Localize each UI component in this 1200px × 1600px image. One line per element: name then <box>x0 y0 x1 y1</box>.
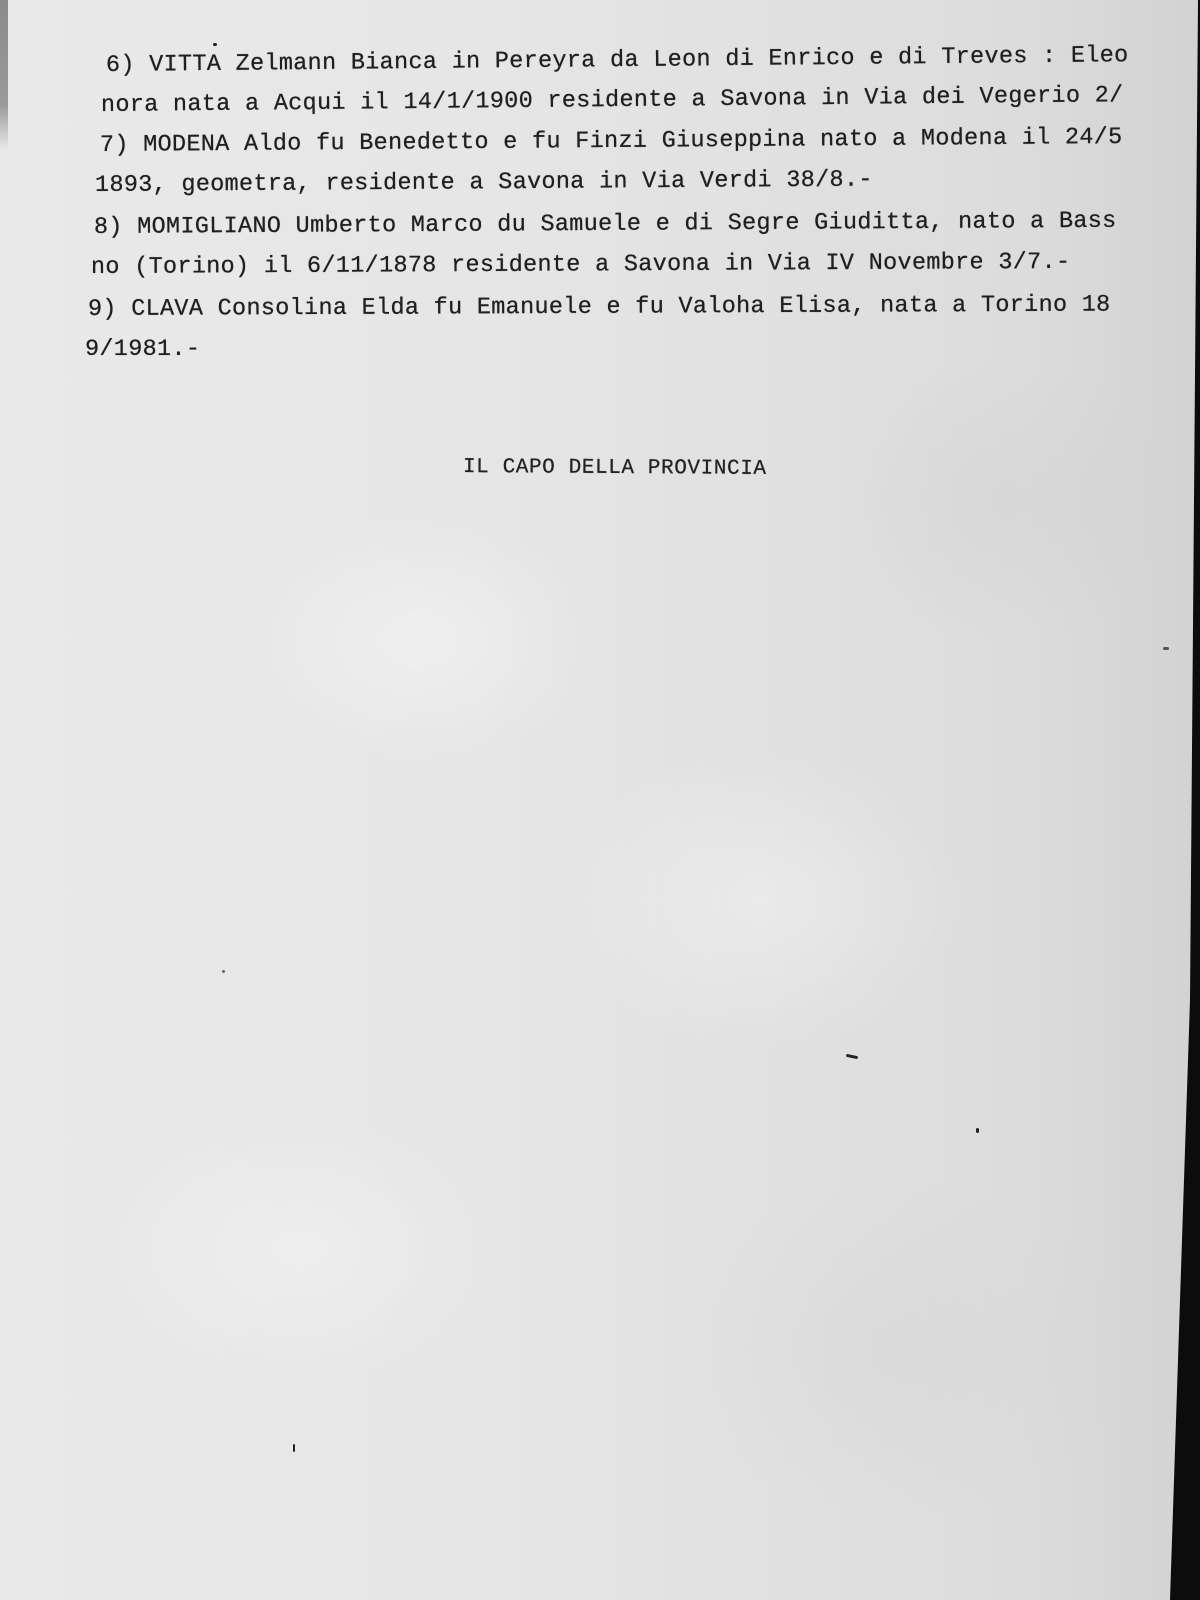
ink-speck <box>213 43 217 46</box>
entry-9-line-2: 9/1981.- <box>85 336 200 363</box>
entry-8-line-1: 8) MOMIGLIANO Umberto Marco du Samuele e… <box>94 208 1117 241</box>
entry-9-line-1: 9) CLAVA Consolina Elda fu Emanuele e fu… <box>88 292 1111 323</box>
entry-6-line-1: 6) VITTA Zelmann Bianca in Pereyra da Le… <box>106 42 1129 79</box>
document-page: 6) VITTA Zelmann Bianca in Pereyra da Le… <box>0 0 1200 1600</box>
ink-speck <box>976 1128 979 1133</box>
page-edge-shadow <box>0 0 8 150</box>
ink-speck <box>846 1054 858 1059</box>
signature-title: IL CAPO DELLA PROVINCIA <box>463 456 767 481</box>
entry-7-line-2: 1893, geometra, residente a Savona in Vi… <box>95 167 873 199</box>
entry-7-line-1: 7) MODENA Aldo fu Benedetto e fu Finzi G… <box>100 124 1123 159</box>
entry-6-line-2: nora nata a Acqui il 14/1/1900 residente… <box>101 82 1124 119</box>
ink-speck <box>222 970 225 973</box>
ink-speck <box>293 1444 295 1452</box>
ink-speck <box>1163 647 1169 650</box>
entry-8-line-2: no (Torino) il 6/11/1878 residente a Sav… <box>91 249 1070 281</box>
